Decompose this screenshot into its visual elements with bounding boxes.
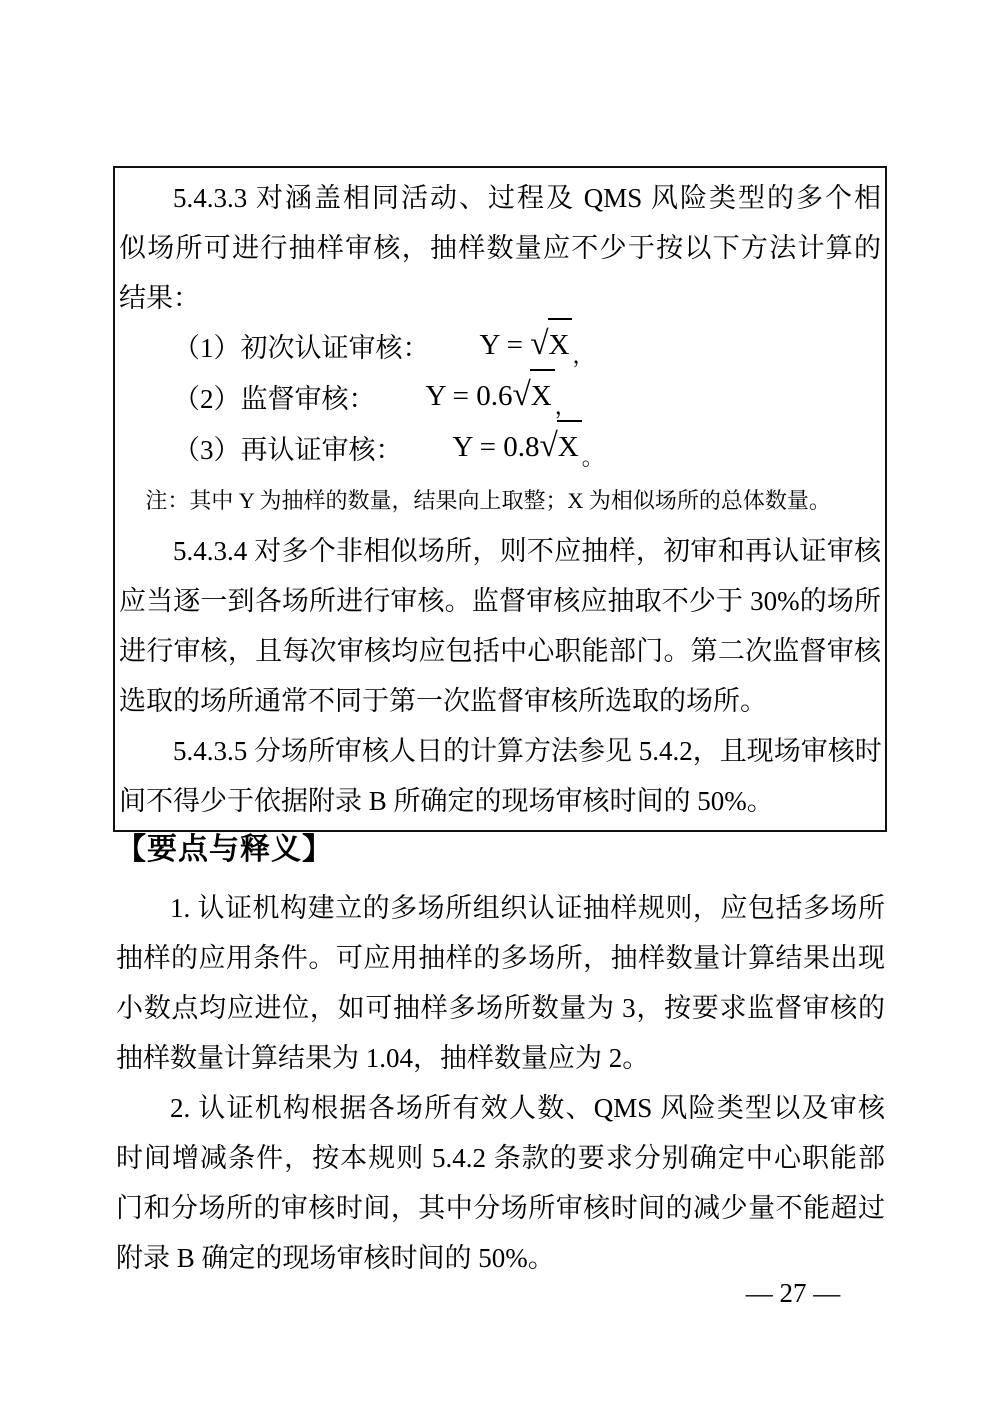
clause-5-4-3-4-line-2: 应当逐一到各场所进行审核。监督审核应抽取不少于 30%的场所: [119, 576, 881, 626]
commentary-item-2: 2. 认证机构根据各场所有效人数、QMS 风险类型以及审核 时间增减条件，按本规…: [116, 1083, 885, 1283]
commentary-item-1-line-1: 1. 认证机构建立的多场所组织认证抽样规则，应包括多场所: [116, 883, 885, 933]
formula-recertification-audit: Y = 0.8√X。: [453, 420, 604, 474]
formula-note: 注：其中 Y 为抽样的数量，结果向上取整；X 为相似场所的总体数量。: [119, 476, 881, 526]
commentary-item-2-line-2: 时间增减条件，按本规则 5.4.2 条款的要求分别确定中心职能部: [116, 1133, 885, 1183]
document-page: 5.4.3.3 对涵盖相同活动、过程及 QMS 风险类型的多个相 似场所可进行抽…: [0, 0, 1000, 1414]
commentary-item-1-line-4: 抽样数量计算结果为 1.04，抽样数量应为 2。: [116, 1033, 885, 1083]
clause-5-4-3-4-line-3: 进行审核，且每次审核均应包括中心职能部门。第二次监督审核: [119, 626, 881, 676]
formula-lhs: Y = 0.8: [453, 422, 540, 473]
clause-5-4-3-4-line-1: 5.4.3.4 对多个非相似场所，则不应抽样，初审和再认证审核: [119, 526, 881, 576]
commentary-item-2-line-3: 门和分场所的审核时间，其中分场所审核时间的减少量不能超过: [116, 1183, 885, 1233]
commentary-item-2-line-1: 2. 认证机构根据各场所有效人数、QMS 风险类型以及审核: [116, 1083, 885, 1133]
clause-5-4-3-5-line-1: 5.4.3.5 分场所审核人日的计算方法参见 5.4.2，且现场审核时: [119, 726, 881, 776]
commentary-heading: 【要点与释义】: [116, 830, 333, 870]
formula-row-initial-certification: （1）初次认证审核： Y = √X，: [119, 323, 881, 374]
formula-label-recertification: （3）再认证审核：: [173, 425, 403, 476]
formula-row-surveillance: （2）监督审核： Y = 0.6√X，: [119, 374, 881, 425]
page-number: — 27 —: [728, 1274, 858, 1312]
clause-5-4-3-5: 5.4.3.5 分场所审核人日的计算方法参见 5.4.2，且现场审核时 间不得少…: [119, 726, 881, 826]
clause-5-4-3-3-line-2: 似场所可进行抽样审核，抽样数量应不少于按以下方法计算的: [119, 223, 881, 273]
commentary-item-1: 1. 认证机构建立的多场所组织认证抽样规则，应包括多场所 抽样的应用条件。可应用…: [116, 883, 885, 1083]
formula-lhs: Y = 0.6: [426, 371, 513, 422]
clause-5-4-3-4: 5.4.3.4 对多个非相似场所，则不应抽样，初审和再认证审核 应当逐一到各场所…: [119, 526, 881, 726]
commentary-item-1-line-3: 小数点均应进位，如可抽样多场所数量为 3，按要求监督审核的: [116, 983, 885, 1033]
formula-lhs: Y =: [480, 320, 531, 371]
clause-5-4-3-3: 5.4.3.3 对涵盖相同活动、过程及 QMS 风险类型的多个相 似场所可进行抽…: [119, 173, 881, 323]
commentary-item-1-line-2: 抽样的应用条件。可应用抽样的多场所，抽样数量计算结果出现: [116, 933, 885, 983]
radical-sign-icon: √: [530, 327, 548, 360]
formula-radicand: X: [548, 318, 573, 371]
formula-radicand: X: [530, 369, 555, 422]
clause-5-4-3-5-line-2: 间不得少于依据附录 B 所确定的现场审核时间的 50%。: [119, 776, 881, 826]
radical-sign-icon: √: [539, 429, 557, 462]
formula-label-surveillance: （2）监督审核：: [173, 374, 376, 425]
formula-row-recertification: （3）再认证审核： Y = 0.8√X。: [119, 425, 881, 476]
clause-5-4-3-3-line-1: 5.4.3.3 对涵盖相同活动、过程及 QMS 风险类型的多个相: [119, 173, 881, 223]
formula-initial-certification: Y = √X，: [480, 318, 595, 372]
clause-5-4-3-3-line-3: 结果：: [119, 273, 881, 323]
radical-sign-icon: √: [512, 378, 530, 411]
formula-punctuation: 。: [582, 432, 604, 483]
formula-surveillance-audit: Y = 0.6√X，: [426, 369, 577, 423]
clause-5-4-3-4-line-4: 选取的场所通常不同于第一次监督审核所选取的场所。: [119, 676, 881, 726]
formula-radicand: X: [557, 420, 582, 473]
rule-text-box: 5.4.3.3 对涵盖相同活动、过程及 QMS 风险类型的多个相 似场所可进行抽…: [113, 166, 887, 832]
commentary-section: 1. 认证机构建立的多场所组织认证抽样规则，应包括多场所 抽样的应用条件。可应用…: [116, 883, 885, 1283]
formula-label-initial: （1）初次认证审核：: [173, 323, 430, 374]
